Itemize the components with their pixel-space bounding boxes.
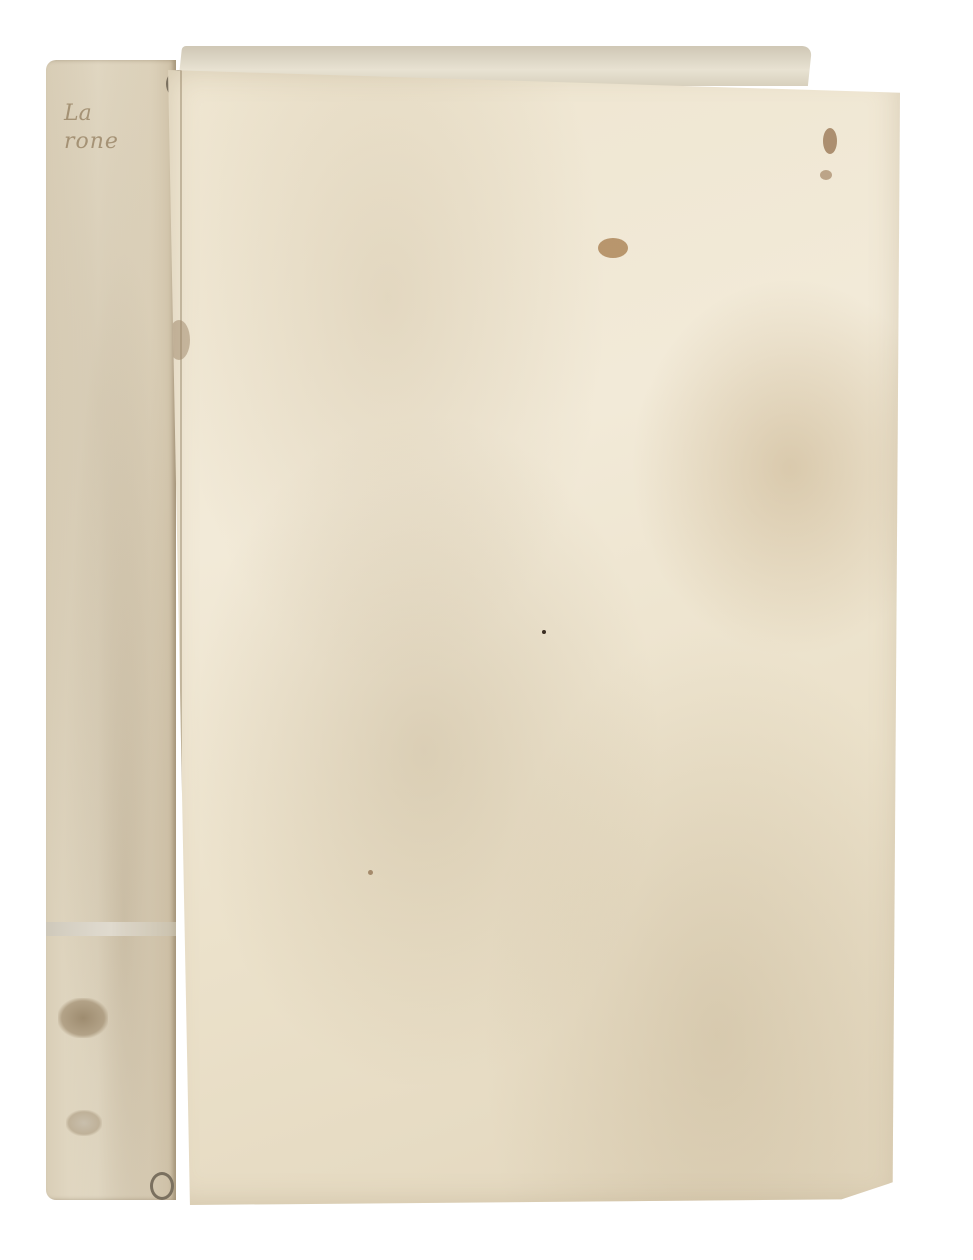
tie-loop-bottom — [150, 1172, 174, 1200]
spine-title-line-2: rone — [64, 128, 174, 156]
spine-title-line-1: La — [64, 101, 92, 126]
book-photo: La rone — [0, 0, 973, 1260]
stain-spot — [823, 128, 837, 154]
spine-label-remnant-lower — [66, 1110, 102, 1136]
front-cover — [168, 70, 900, 1205]
stain-spot — [368, 870, 373, 875]
spine-handwritten-title: La rone — [64, 100, 174, 156]
stain-spot — [542, 630, 546, 634]
spine-crack — [46, 922, 176, 936]
stain-spot — [598, 238, 628, 258]
stain-spot — [820, 170, 832, 180]
cover-hinge-crease — [180, 70, 182, 1205]
spine-label-remnant — [58, 998, 108, 1038]
book-spine: La rone — [46, 60, 176, 1200]
